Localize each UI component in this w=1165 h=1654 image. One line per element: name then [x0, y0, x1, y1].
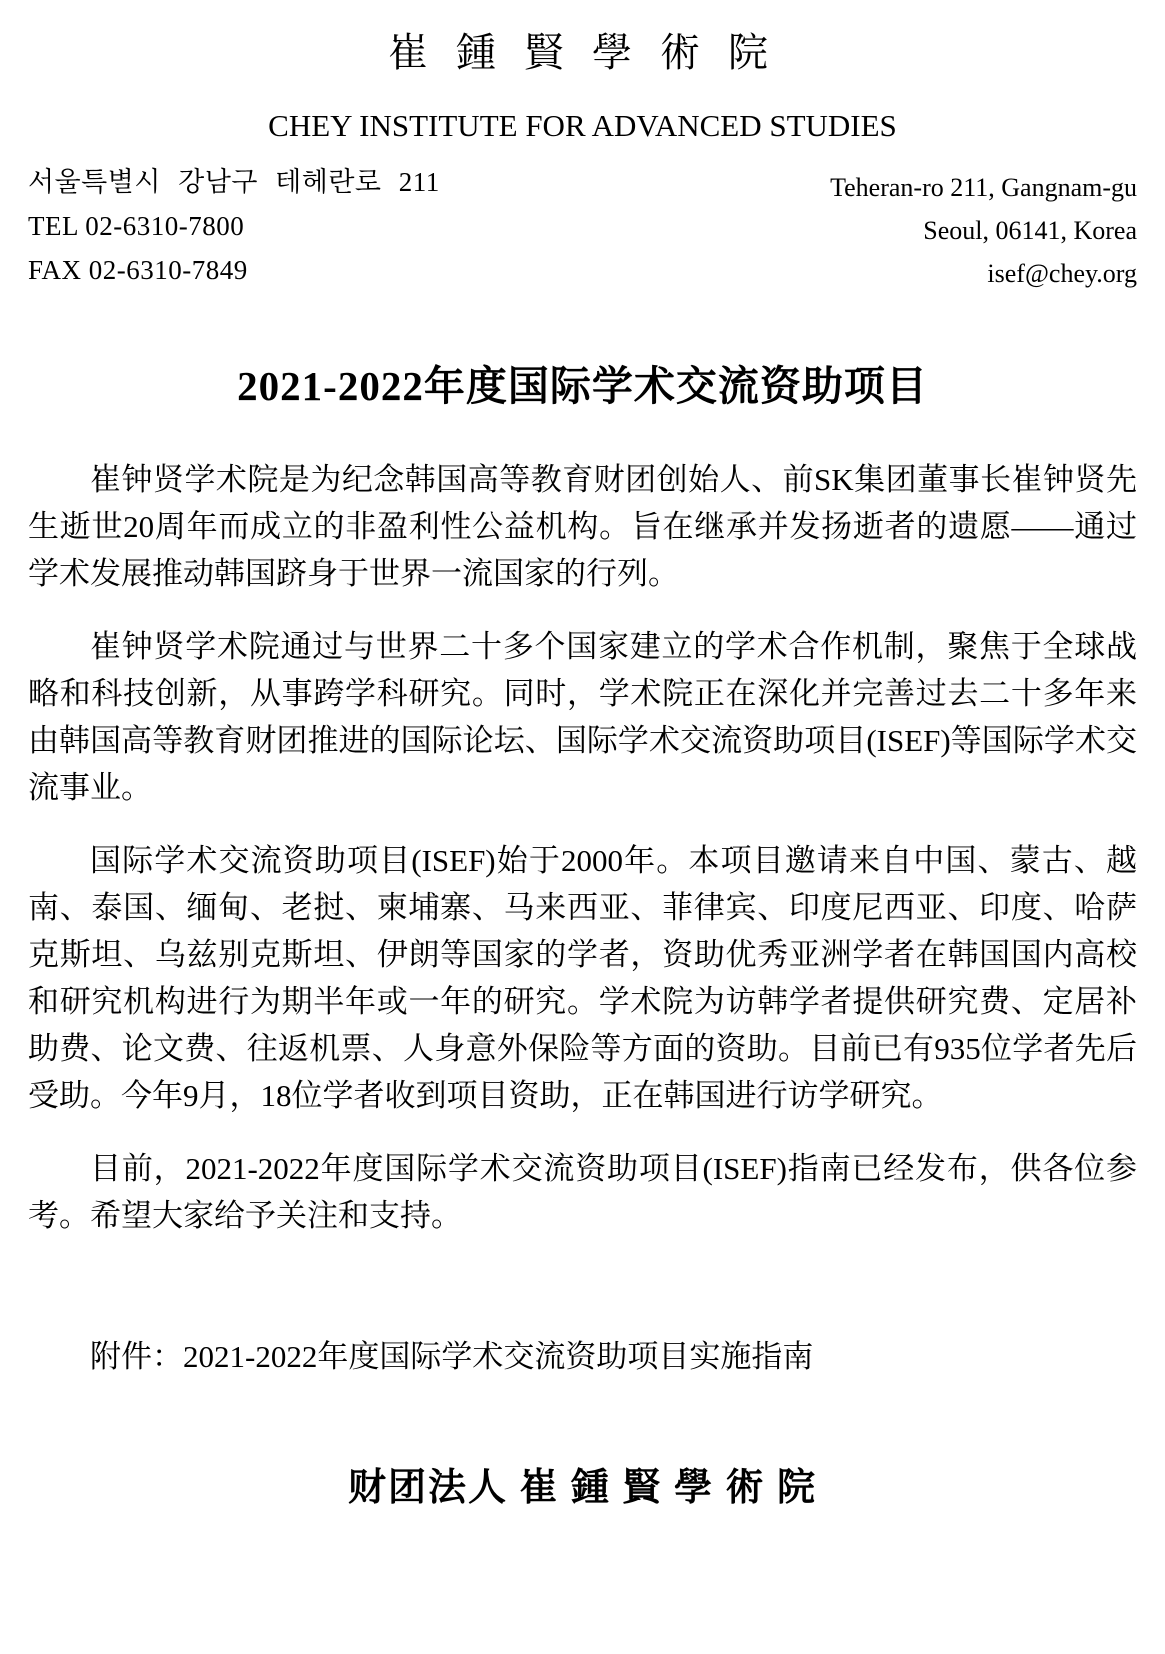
email-address: isef@chey.org	[830, 252, 1137, 295]
attachment-note: 附件：2021-2022年度国际学术交流资助项目实施指南	[28, 1333, 1137, 1380]
body-paragraph: 国际学术交流资助项目(ISEF)始于2000年。本项目邀请来自中国、蒙古、越南、…	[28, 837, 1137, 1119]
english-address-line2: Seoul, 06141, Korea	[830, 209, 1137, 252]
letter-page: 崔 鍾 賢 學 術 院 CHEY INSTITUTE FOR ADVANCED …	[0, 0, 1165, 1654]
document-title: 2021-2022年度国际学术交流资助项目	[28, 353, 1137, 412]
org-name-cjk: 崔 鍾 賢 學 術 院	[28, 26, 1137, 80]
org-name-english: CHEY INSTITUTE FOR ADVANCED STUDIES	[28, 106, 1137, 146]
telephone-number: TEL 02-6310-7800	[28, 204, 440, 248]
contact-left: 서울특별시 강남구 테헤란로 211 TEL 02-6310-7800 FAX …	[28, 160, 440, 292]
english-address-line1: Teheran-ro 211, Gangnam-gu	[830, 166, 1137, 209]
body-paragraph: 目前，2021-2022年度国际学术交流资助项目(ISEF)指南已经发布，供各位…	[28, 1145, 1137, 1239]
contact-right: Teheran-ro 211, Gangnam-gu Seoul, 06141,…	[830, 166, 1137, 295]
body-paragraph: 崔钟贤学术院是为纪念韩国高等教育财团创始人、前SK集团董事长崔钟贤先生逝世20周…	[28, 456, 1137, 597]
fax-number: FAX 02-6310-7849	[28, 248, 440, 292]
contact-block: 서울특별시 강남구 테헤란로 211 TEL 02-6310-7800 FAX …	[28, 160, 1137, 295]
signature-org-name: 财团法人 崔 鍾 賢 學 術 院	[28, 1456, 1137, 1511]
body-paragraph: 崔钟贤学术院通过与世界二十多个国家建立的学术合作机制，聚焦于全球战略和科技创新，…	[28, 623, 1137, 811]
korean-address: 서울특별시 강남구 테헤란로 211	[28, 160, 440, 204]
document-body: 崔钟贤学术院是为纪念韩国高等教育财团创始人、前SK集团董事长崔钟贤先生逝世20周…	[28, 456, 1137, 1239]
